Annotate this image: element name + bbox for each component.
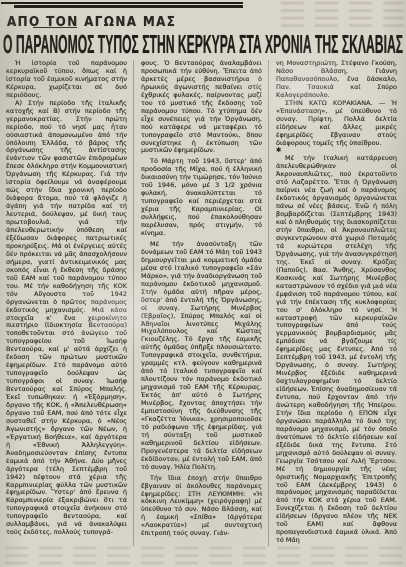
headline-text: Ο ΠΑΡΑΝΟΜΟΣ ΤΥΠΟΣ ΣΤΗΝ ΚΕΡΚΥΡΑ ΣΤΑ ΧΡΟΝΙ… xyxy=(3,29,403,57)
masthead-rule-top xyxy=(1,2,243,4)
ink-bleed-top-right xyxy=(278,0,404,32)
paragraph: Ἡ ἱστορία τοῦ παράνομου κερκυραϊκοῦ τύπο… xyxy=(6,60,127,100)
kicker: ΑΠΟ ΤΟΝ ΑΓΩΝΑ ΜΑΣ xyxy=(7,11,191,30)
paragraph: Τό Μάρτη τοῦ 1943, ὕστερ' ἀπό προδοσία τ… xyxy=(141,158,262,238)
ink-bleed-texture xyxy=(2,545,404,567)
paragraph: Τήν ἴδια ἐποχή στήν ὕπαιθρο ἔβγαιναν οἱ … xyxy=(141,475,262,539)
column-2: φους. Ὁ Βενταούρας ἀναλαμβάνει προσωπικά… xyxy=(133,60,268,546)
paragraph: ΣΤΗΝ ΚΑΤΩ ΚΟΡΑΚΙΑΝΑ. — Ἡ «Ἐπανάσταση», μ… xyxy=(276,100,397,148)
paragraph: φους. Ὁ Βενταούρας ἀναλαμβάνει προσωπικά… xyxy=(141,60,262,155)
paragraph: Μέ τήν ἰταλική κατάρρευση ἀπελευθερώθηκα… xyxy=(276,155,397,545)
headline: Ο ΠΑΡΑΝΟΜΟΣ ΤΥΠΟΣ ΣΤΗΝ ΚΕΡΚΥΡΑ ΣΤΑ ΧΡΟΝΙ… xyxy=(3,29,404,57)
paragraph: νη Μοναστηριώτη, Στέφανο Γκούση, Νάσο Βλ… xyxy=(276,60,397,100)
ink-bleed-bottom xyxy=(2,545,404,567)
newspaper-page: ΑΠΟ ΤΟΝ ΑΓΩΝΑ ΜΑΣ Ο ΠΑΡΑΝΟΜΟΣ ΤΥΠΟΣ ΣΤΗΝ… xyxy=(0,0,406,567)
paragraph: Μέ τήν ἀνασύνταξη τῶν δυνάμεων τοῦ ΕΑΜ τ… xyxy=(141,241,262,472)
column-3: νη Μοναστηριώτη, Στέφανο Γκούση, Νάσο Βλ… xyxy=(268,60,403,546)
column-1: Ἡ ἱστορία τοῦ παράνομου κερκυραϊκοῦ τύπο… xyxy=(4,60,133,546)
article-body: Ἡ ἱστορία τοῦ παράνομου κερκυραϊκοῦ τύπο… xyxy=(4,60,403,546)
ink-bleed-texture xyxy=(278,0,404,32)
paragraph: Α) Στήν περίοδο τῆς ἰταλικῆς κατοχῆς καί… xyxy=(6,100,127,537)
masthead-rule-bottom xyxy=(14,5,243,8)
